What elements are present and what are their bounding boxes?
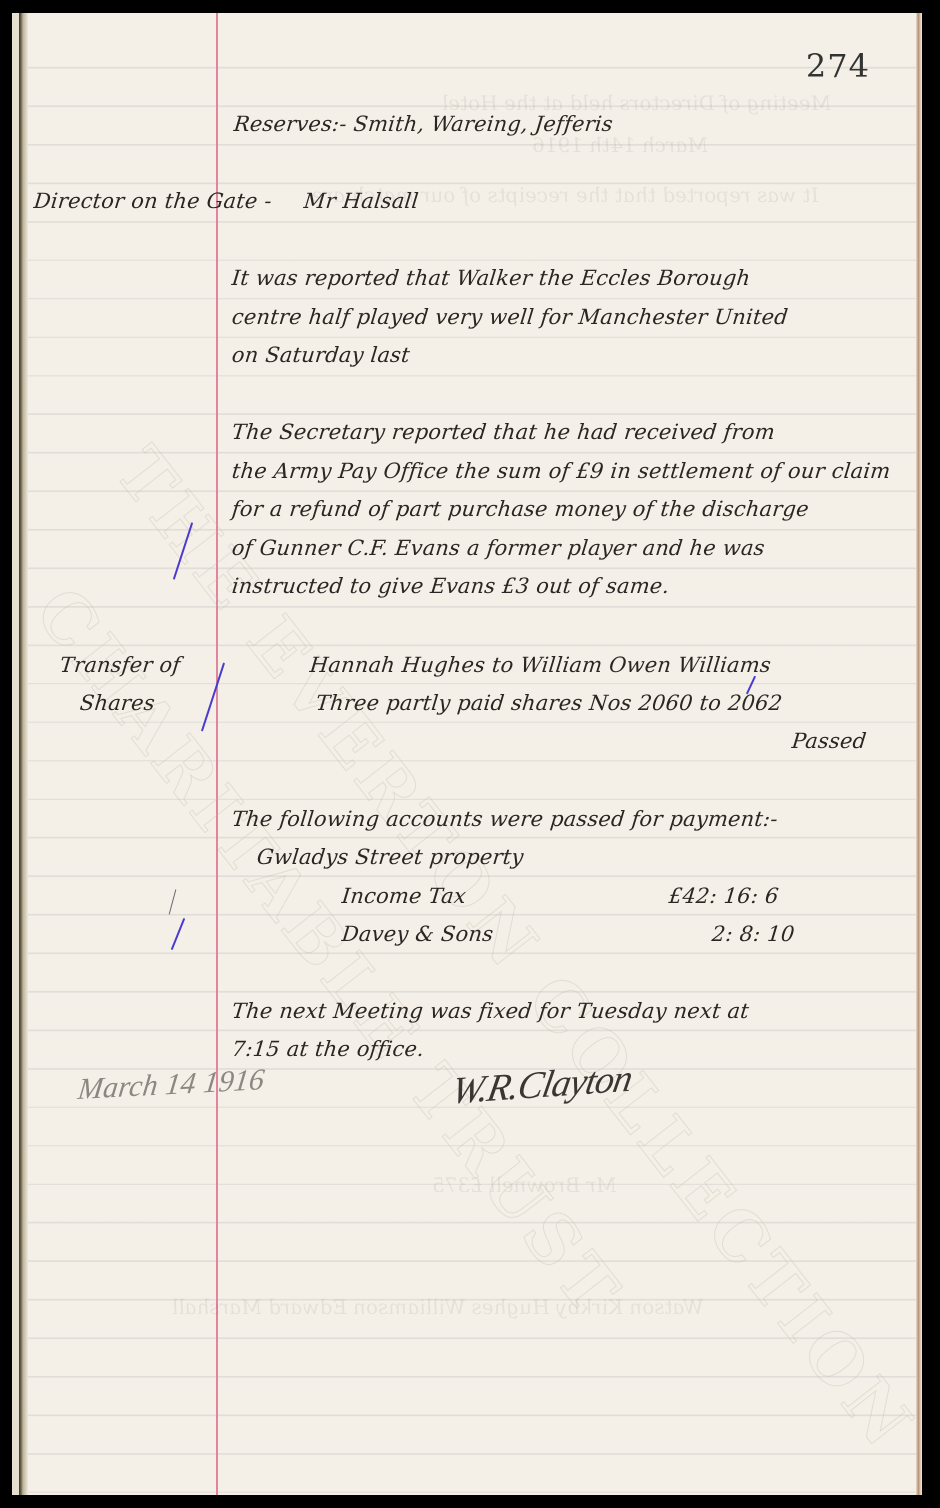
page-edge	[916, 13, 922, 1495]
walker-report-line: centre half played very well for Manches…	[231, 305, 790, 329]
checkmark-icon	[201, 662, 225, 731]
checkmark-icon	[171, 918, 186, 950]
secretary-report-line: for a refund of part purchase money of t…	[231, 497, 810, 521]
ledger-page: Meeting of Directors held at the Hotel M…	[12, 13, 922, 1495]
transfer-label: Transfer of	[59, 653, 182, 677]
transfer-status: Passed	[791, 729, 868, 753]
accounts-intro: The following accounts were passed for p…	[231, 807, 779, 831]
account-item-amount: 2: 8: 10	[711, 922, 796, 946]
transfer-label: Shares	[79, 691, 156, 715]
page-binding	[12, 13, 28, 1495]
bleed-through-text: Watson Kirkby Hughes Williamson Edward M…	[170, 1295, 705, 1319]
page-number: 274	[806, 47, 870, 85]
director-label: Director on the Gate -	[33, 189, 273, 213]
bleed-through-text: March 14th 1916	[530, 133, 709, 157]
pencil-checkmark-icon	[169, 889, 177, 914]
next-meeting-line: The next Meeting was fixed for Tuesday n…	[231, 999, 750, 1023]
account-item-name: Davey & Sons	[341, 922, 495, 946]
walker-report-line: on Saturday last	[231, 343, 411, 367]
transfer-line: Three partly paid shares Nos 2060 to 206…	[315, 691, 784, 715]
next-meeting-line: 7:15 at the office.	[231, 1037, 426, 1061]
director-name: Mr Halsall	[303, 189, 420, 213]
date-signed: March 14 1916	[76, 1063, 266, 1107]
walker-report-line: It was reported that Walker the Eccles B…	[231, 266, 752, 290]
secretary-report-line: The Secretary reported that he had recei…	[231, 420, 776, 444]
account-item-amount: £42: 16: 6	[668, 884, 780, 908]
reserves-line: Reserves:- Smith, Wareing, Jefferis	[233, 112, 614, 136]
account-item-name: Income Tax	[341, 884, 468, 908]
secretary-report-line: of Gunner C.F. Evans a former player and…	[231, 536, 766, 560]
accounts-property: Gwladys Street property	[256, 845, 525, 869]
transfer-line: Hannah Hughes to William Owen Williams	[309, 653, 772, 677]
secretary-report-line: instructed to give Evans £3 out of same.	[231, 574, 671, 598]
secretary-report-line: the Army Pay Office the sum of £9 in set…	[231, 459, 892, 483]
